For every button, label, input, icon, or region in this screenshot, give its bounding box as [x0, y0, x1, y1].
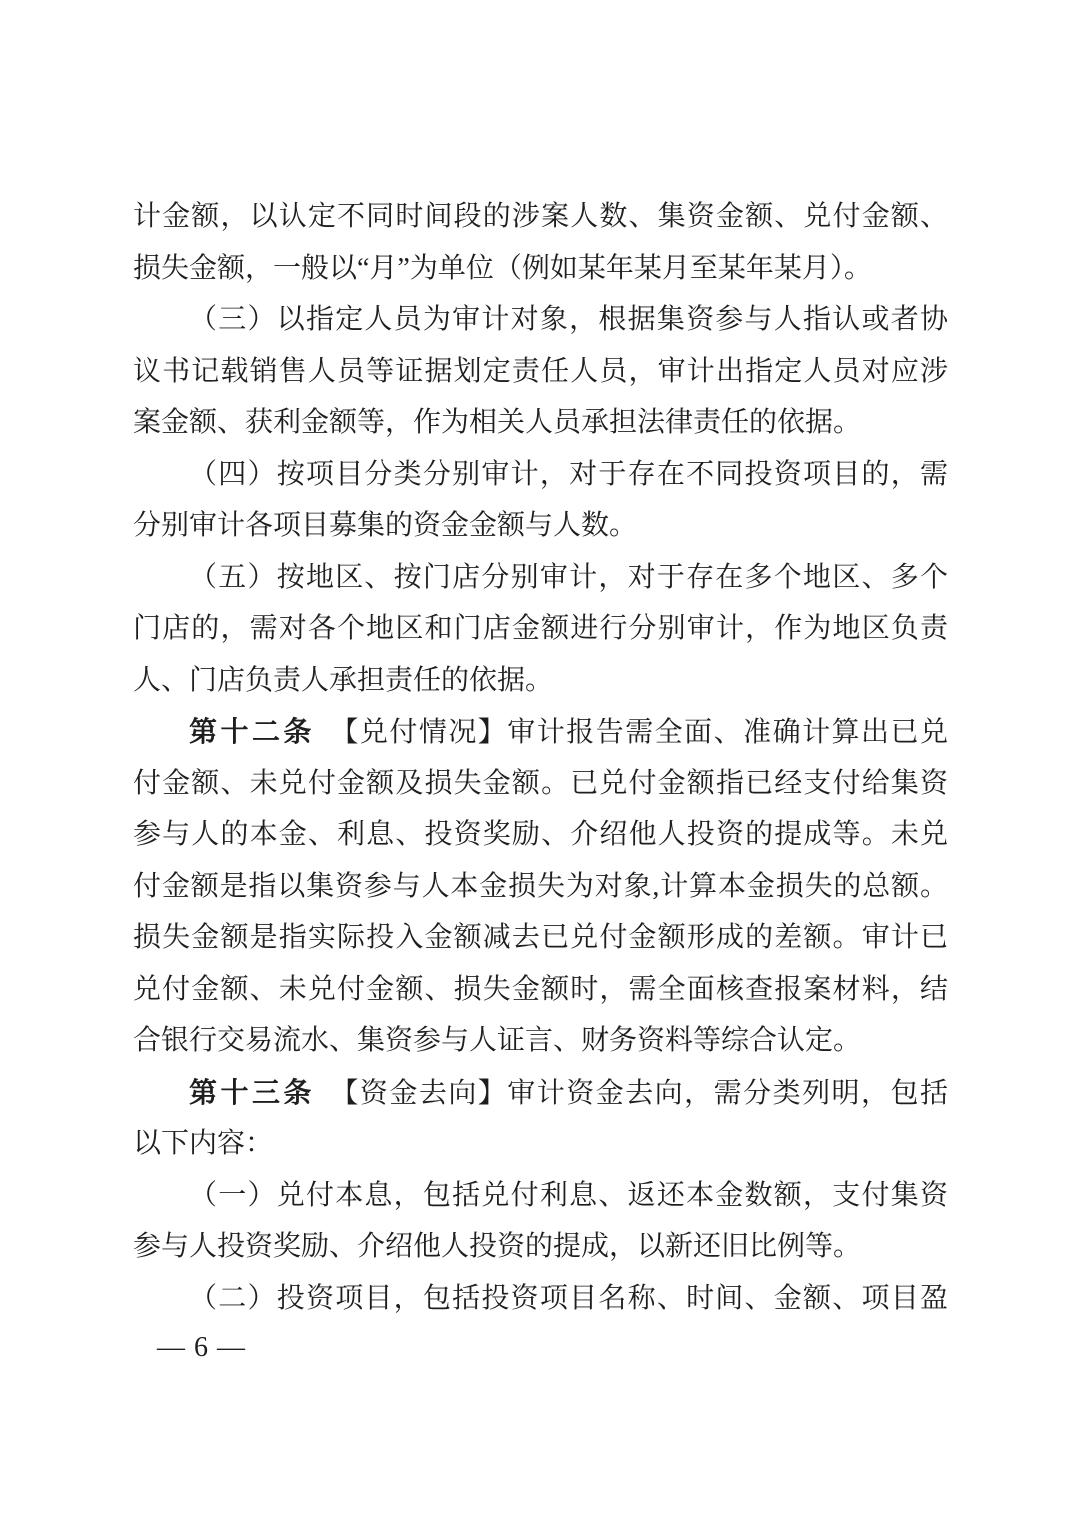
text-line: 案金额、获利金额等，作为相关人员承担法律责任的依据。: [133, 397, 948, 449]
text-run: 议书记载销售人员等证据划定责任人员，审计出指定人员对应涉: [133, 356, 948, 387]
text-line: 计金额，以认定不同时间段的涉案人数、集资金额、兑付金额、: [133, 191, 948, 243]
text-line: （五）按地区、按门店分别审计，对于存在多个地区、多个: [133, 552, 948, 604]
text-run: （四）按项目分类分别审计，对于存在不同投资项目的，需: [189, 459, 948, 490]
text-run: 参与人的本金、利息、投资奖励、介绍他人投资的提成等。未兑: [133, 819, 948, 850]
text-run: 门店的，需对各个地区和门店金额进行分别审计，作为地区负责: [133, 613, 948, 644]
text-line: 损失金额是指实际投入金额减去已兑付金额形成的差额。审计已: [133, 912, 948, 964]
text-run: 付金额是指以集资参与人本金损失为对象,计算本金损失的总额。: [133, 871, 948, 902]
text-line: （一）兑付本息，包括兑付利息、返还本金数额，支付集资: [133, 1170, 948, 1222]
text-run: 以下内容：: [133, 1128, 273, 1159]
text-line: 第十三条 【资金去向】审计资金去向，需分类列明，包括: [133, 1067, 948, 1119]
text-run: （五）按地区、按门店分别审计，对于存在多个地区、多个: [189, 562, 948, 593]
text-line: 人、门店负责人承担责任的依据。: [133, 655, 948, 707]
text-run: （一）兑付本息，包括兑付利息、返还本金数额，支付集资: [189, 1180, 948, 1211]
text-run: （二）投资项目，包括投资项目名称、时间、金额、项目盈: [189, 1283, 948, 1314]
text-line: 参与人投资奖励、介绍他人投资的提成，以新还旧比例等。: [133, 1221, 948, 1273]
text-line: 付金额、未兑付金额及损失金额。已兑付金额指已经支付给集资: [133, 758, 948, 810]
text-run: 损失金额是指实际投入金额减去已兑付金额形成的差额。审计已: [133, 922, 948, 953]
text-run: 案金额、获利金额等，作为相关人员承担法律责任的依据。: [133, 407, 861, 438]
text-run: （三）以指定人员为审计对象，根据集资参与人指认或者协: [189, 304, 948, 335]
article-number: 第十三条: [189, 1077, 315, 1108]
text-line: 付金额是指以集资参与人本金损失为对象,计算本金损失的总额。: [133, 861, 948, 913]
document-page: 计金额，以认定不同时间段的涉案人数、集资金额、兑付金额、损失金额，一般以“月”为…: [0, 0, 1074, 1520]
text-line: 以下内容：: [133, 1118, 948, 1170]
text-line: 损失金额，一般以“月”为单位（例如某年某月至某年某月）。: [133, 243, 948, 295]
text-run: 计金额，以认定不同时间段的涉案人数、集资金额、兑付金额、: [133, 201, 948, 232]
text-line: 门店的，需对各个地区和门店金额进行分别审计，作为地区负责: [133, 603, 948, 655]
text-line: 参与人的本金、利息、投资奖励、介绍他人投资的提成等。未兑: [133, 809, 948, 861]
text-run: 付金额、未兑付金额及损失金额。已兑付金额指已经支付给集资: [133, 768, 948, 799]
text-run: 合银行交易流水、集资参与人证言、财务资料等综合认定。: [133, 1025, 861, 1056]
text-run: 分别审计各项目募集的资金金额与人数。: [133, 510, 637, 541]
text-body: 计金额，以认定不同时间段的涉案人数、集资金额、兑付金额、损失金额，一般以“月”为…: [133, 191, 948, 1324]
text-line: （四）按项目分类分别审计，对于存在不同投资项目的，需: [133, 449, 948, 501]
text-run: 【兑付情况】审计报告需全面、准确计算出已兑: [315, 717, 948, 748]
text-line: （二）投资项目，包括投资项目名称、时间、金额、项目盈: [133, 1273, 948, 1325]
article-number: 第十二条: [189, 716, 315, 747]
text-run: 【资金去向】审计资金去向，需分类列明，包括: [315, 1078, 948, 1109]
text-run: 人、门店负责人承担责任的依据。: [133, 665, 553, 696]
text-line: 议书记载销售人员等证据划定责任人员，审计出指定人员对应涉: [133, 346, 948, 398]
text-line: 分别审计各项目募集的资金金额与人数。: [133, 500, 948, 552]
text-line: 兑付金额、未兑付金额、损失金额时，需全面核查报案材料，结: [133, 964, 948, 1016]
text-line: （三）以指定人员为审计对象，根据集资参与人指认或者协: [133, 294, 948, 346]
text-line: 第十二条 【兑付情况】审计报告需全面、准确计算出已兑: [133, 706, 948, 758]
text-run: 兑付金额、未兑付金额、损失金额时，需全面核查报案材料，结: [133, 974, 948, 1005]
text-run: 损失金额，一般以“月”为单位（例如某年某月至某年某月）。: [133, 253, 872, 284]
text-run: 参与人投资奖励、介绍他人投资的提成，以新还旧比例等。: [133, 1231, 861, 1262]
text-line: 合银行交易流水、集资参与人证言、财务资料等综合认定。: [133, 1015, 948, 1067]
page-number: — 6 —: [157, 1329, 246, 1367]
